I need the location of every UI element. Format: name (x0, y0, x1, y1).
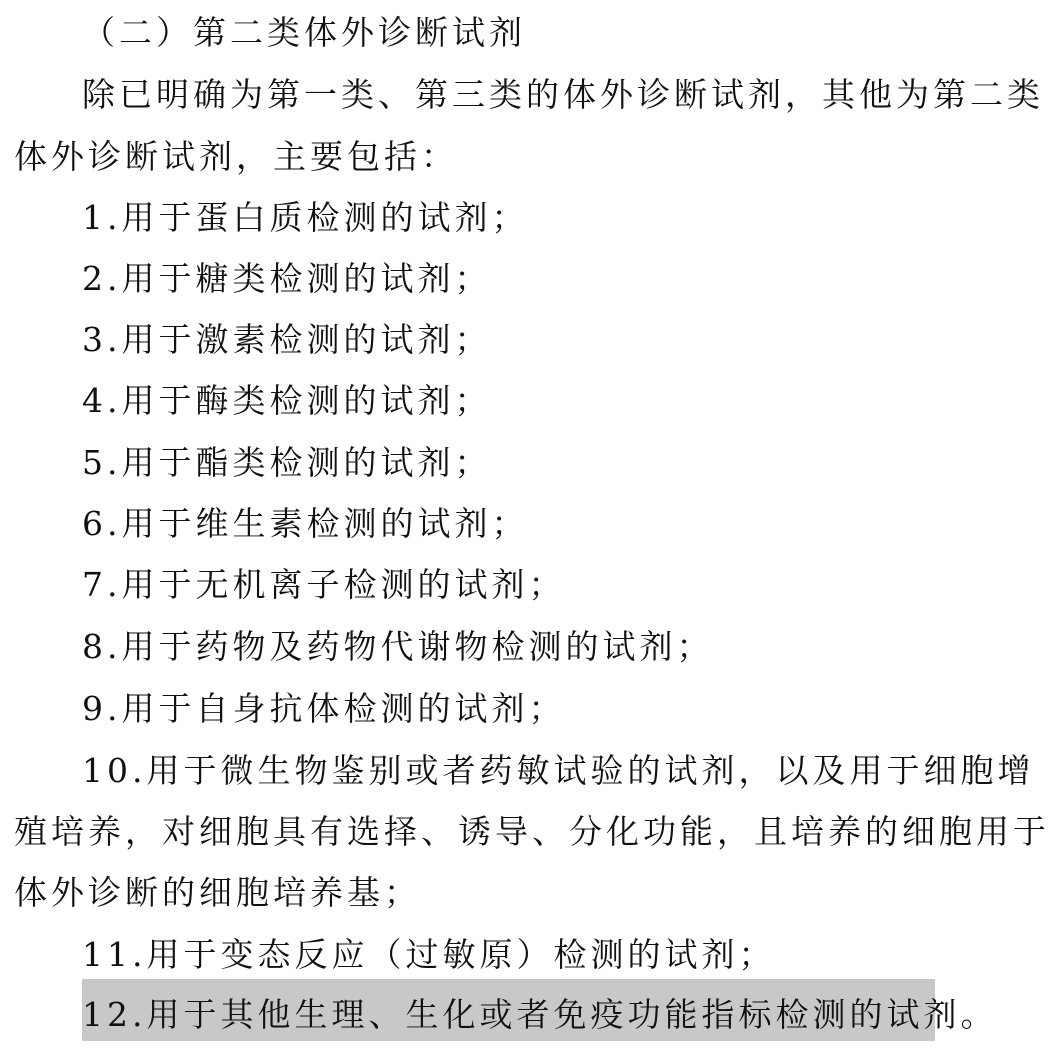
list-item-5: 5.用于酯类检测的试剂； (82, 432, 492, 494)
list-item-3: 3.用于激素检测的试剂； (82, 309, 492, 371)
list-item-6: 6.用于维生素检测的试剂； (82, 493, 529, 555)
list-item-11: 11.用于变态反应（过敏原）检测的试剂； (82, 924, 775, 986)
intro-line-1: 除已明确为第一类、第三类的体外诊断试剂，其他为第二类 (82, 64, 1044, 126)
list-item-4: 4.用于酶类检测的试剂； (82, 370, 492, 432)
list-item-7: 7.用于无机离子检测的试剂； (82, 554, 566, 616)
list-item-2: 2.用于糖类检测的试剂； (82, 248, 492, 310)
list-item-10-line-1: 10.用于微生物鉴别或者药敏试验的试剂，以及用于细胞增 (82, 740, 1034, 802)
list-item-8: 8.用于药物及药物代谢物检测的试剂； (82, 616, 714, 678)
list-item-10-line-3: 体外诊断的细胞培养基； (14, 862, 421, 924)
list-item-12: 12.用于其他生理、生化或者免疫功能指标检测的试剂。 (82, 984, 997, 1046)
list-item-10-line-2: 殖培养，对细胞具有选择、诱导、分化功能，且培养的细胞用于 (14, 801, 1050, 863)
list-item-9: 9.用于自身抗体检测的试剂； (82, 678, 566, 740)
section-title: （二）第二类体外诊断试剂 (82, 2, 526, 64)
list-item-1: 1.用于蛋白质检测的试剂； (82, 187, 529, 249)
intro-line-2: 体外诊断试剂，主要包括： (14, 126, 458, 188)
